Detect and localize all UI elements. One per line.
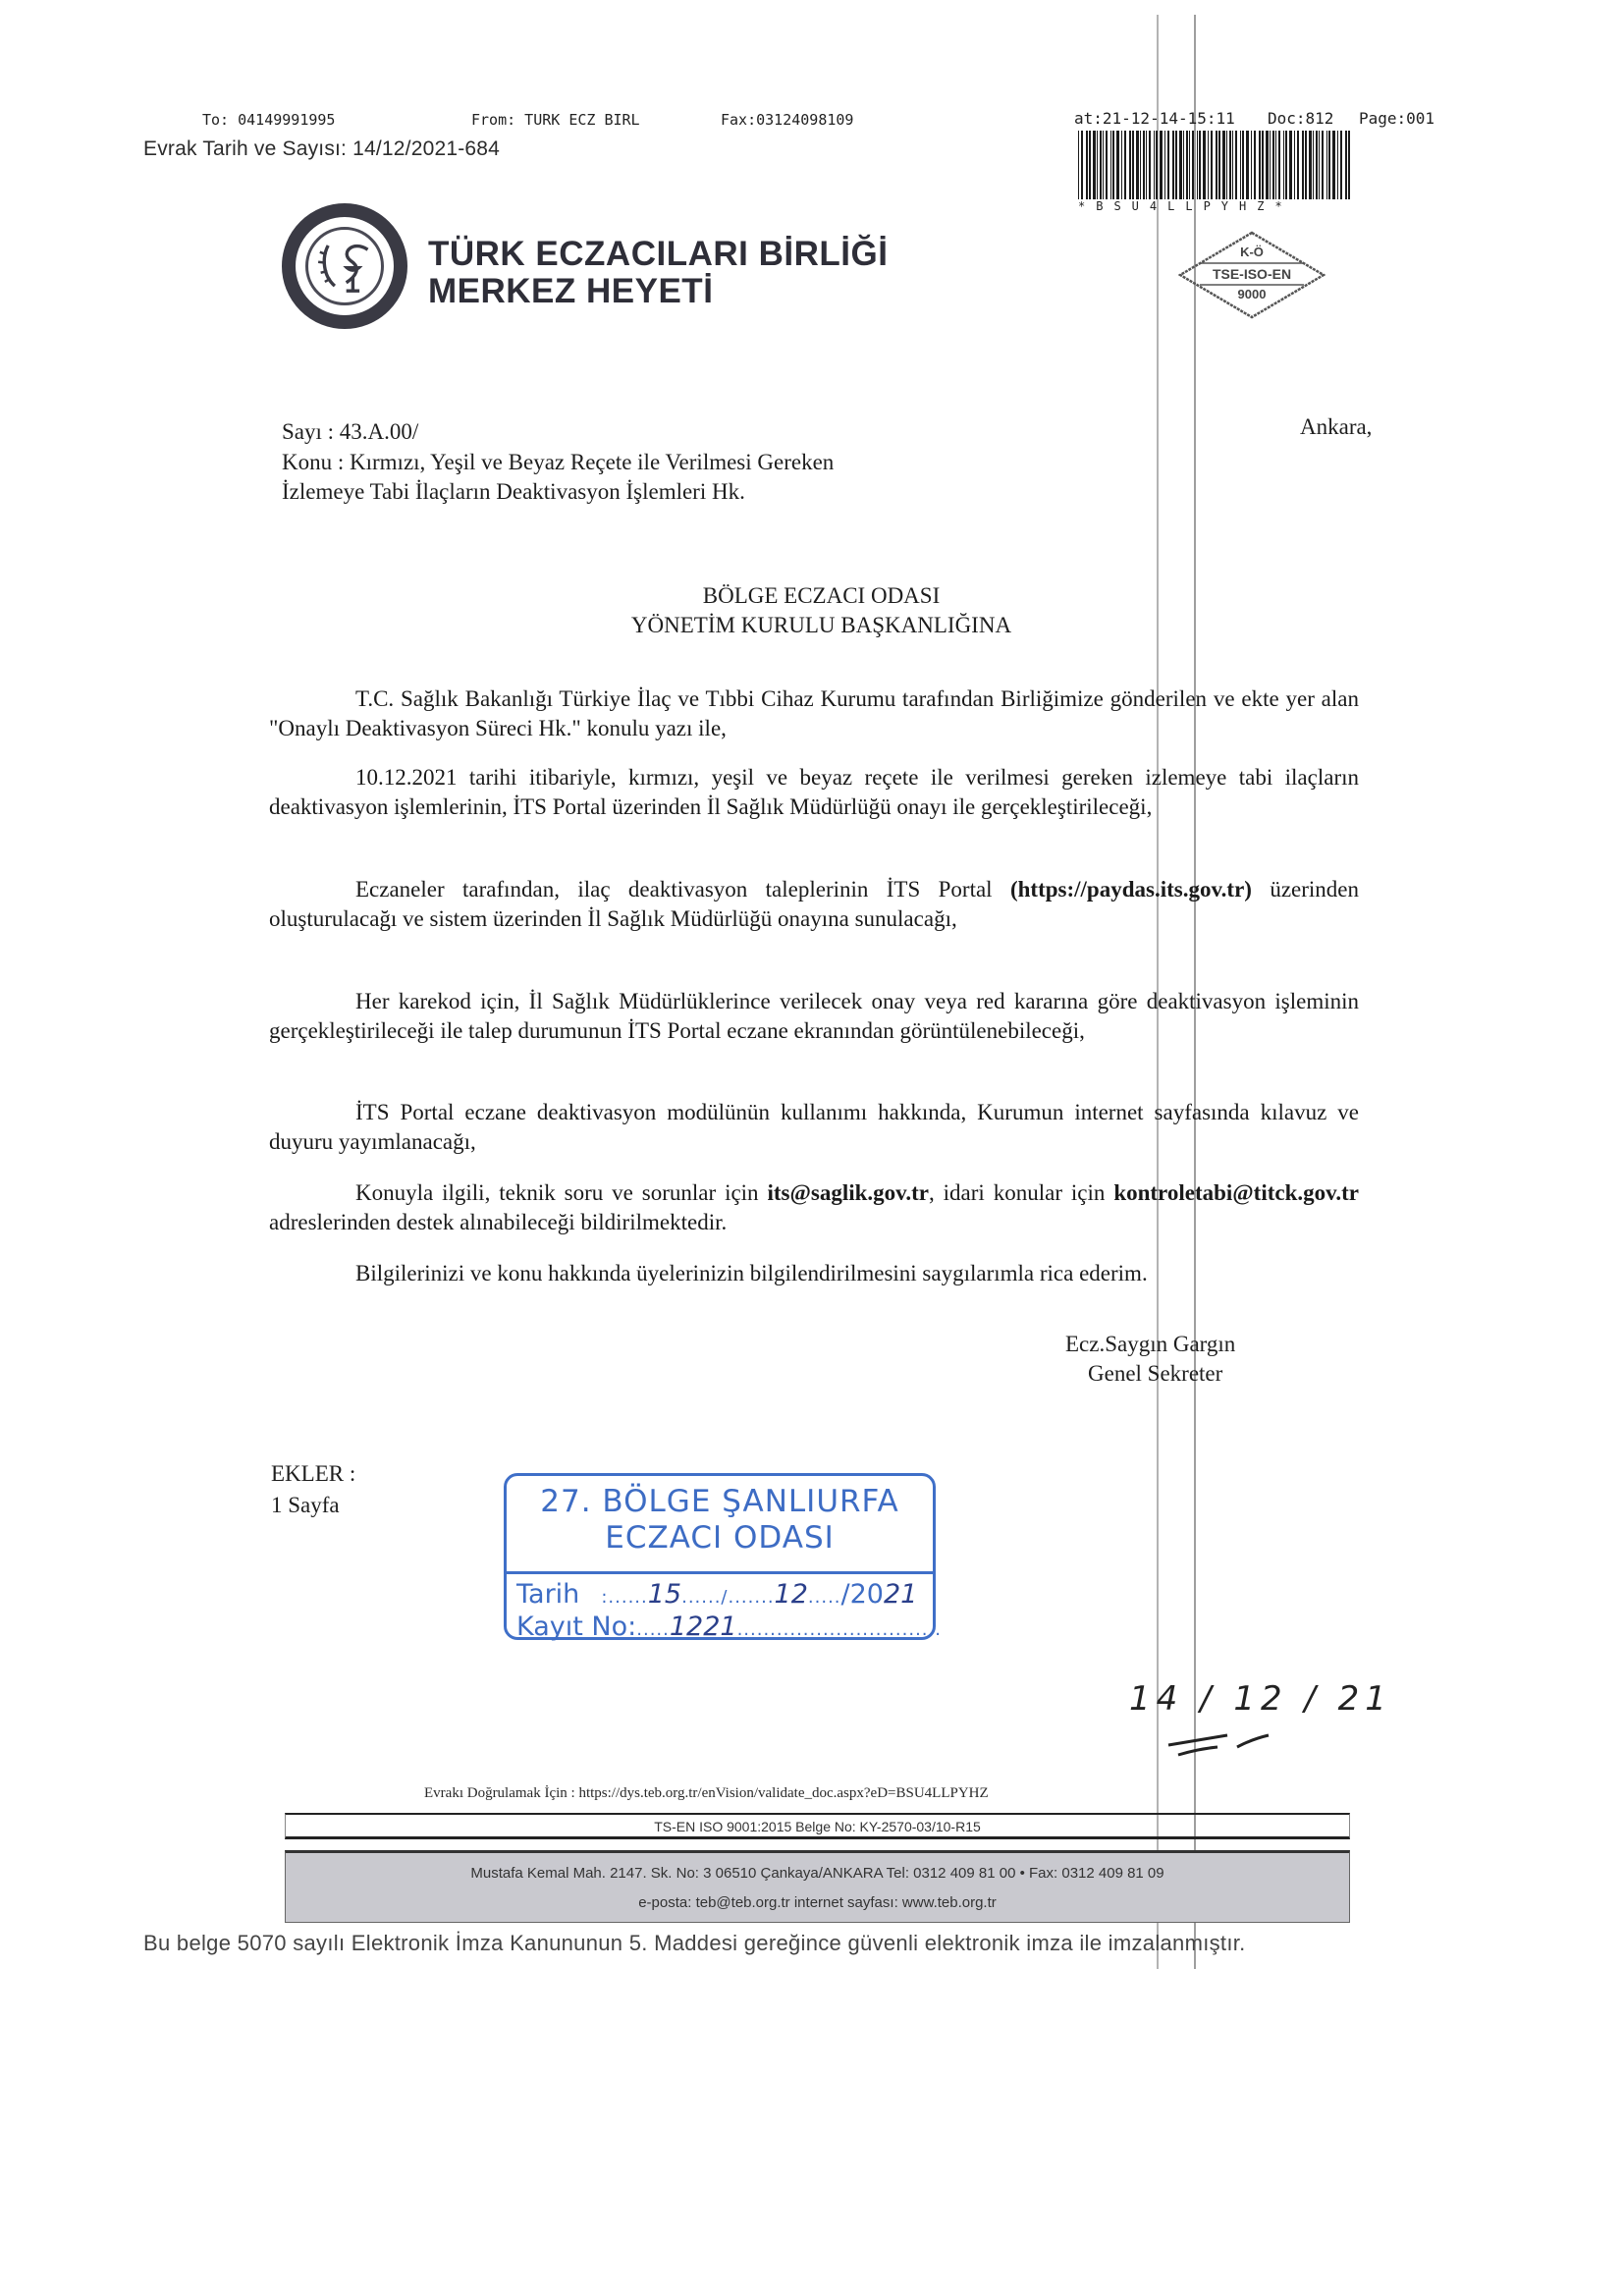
stamp-line-1: 27. BÖLGE ŞANLIURFA (507, 1484, 933, 1520)
portal-link[interactable]: (https://paydas.its.gov.tr) (1010, 877, 1252, 902)
paragraph-text: adreslerinden destek alınabileceği bildi… (269, 1210, 727, 1234)
addressee-line-2: YÖNETİM KURULU BAŞKANLIĞINA (0, 611, 1623, 640)
organization-subname: MERKEZ HEYETİ (428, 273, 713, 310)
stamp-record-row: Kayıt No:.....1221......................… (507, 1613, 933, 1645)
paragraph-text: 10.12.2021 tarihi itibariyle, kırmızı, y… (269, 765, 1359, 819)
stamp-header: 27. BÖLGE ŞANLIURFA ECZACI ODASI (507, 1476, 933, 1574)
paragraph-text: Her karekod için, İl Sağlık Müdürlükleri… (269, 989, 1359, 1043)
iso-line-2: TSE-ISO-EN (1178, 266, 1325, 282)
iso-certificate-bar: TS-EN ISO 9001:2015 Belge No: KY-2570-03… (285, 1813, 1350, 1839)
iso-line-3: 9000 (1178, 287, 1325, 301)
body-paragraph: Eczaneler tarafından, ilaç deaktivasyon … (269, 875, 1359, 934)
document-date-number: Evrak Tarih ve Sayısı: 14/12/2021-684 (143, 137, 500, 161)
paragraph-text: Eczaneler tarafından, ilaç deaktivasyon … (355, 877, 993, 902)
reference-number: Sayı : 43.A.00/ (282, 417, 418, 447)
stamp-date-row: Tarih :......15....../.......12...../202… (507, 1580, 933, 1613)
fax-page: Page:001 (1359, 109, 1434, 128)
subject-line-2: İzlemeye Tabi İlaçların Deaktivasyon İşl… (282, 477, 745, 507)
stamp-date-year-prefix: /20 (841, 1579, 884, 1610)
addressee-line-1: BÖLGE ECZACI ODASI (0, 581, 1623, 611)
stamp-line-2: ECZACI ODASI (507, 1520, 933, 1557)
email-link-its[interactable]: its@saglik.gov.tr (767, 1180, 929, 1205)
stamp-record-number: 1221 (670, 1612, 737, 1642)
stamp-date-day: 15 (648, 1579, 681, 1610)
iso-certification-badge: K-Ö TSE-ISO-EN 9000 (1178, 231, 1325, 319)
paragraph-text: T.C. Sağlık Bakanlığı Türkiye İlaç ve Tı… (269, 686, 1359, 740)
verification-url[interactable]: Evrakı Doğrulamak İçin : https://dys.teb… (424, 1785, 989, 1802)
iso-line-1: K-Ö (1178, 245, 1325, 259)
paragraph-text: Bilgilerinizi ve konu hakkında üyelerini… (355, 1261, 1148, 1285)
received-stamp: 27. BÖLGE ŞANLIURFA ECZACI ODASI Tarih :… (504, 1473, 936, 1640)
stamp-date-year: 21 (884, 1579, 917, 1610)
stamp-record-label: Kayıt No: (516, 1612, 636, 1642)
signatory-title: Genel Sekreter (1088, 1359, 1222, 1389)
handwritten-date: 14 / 12 / 21 (1129, 1679, 1392, 1719)
body-paragraph: Konuyla ilgili, teknik soru ve sorunlar … (269, 1178, 1359, 1237)
address-box: Mustafa Kemal Mah. 2147. Sk. No: 3 06510… (285, 1850, 1350, 1923)
paragraph-text: , idari konular için (929, 1180, 1113, 1205)
email-link-kontroletabi[interactable]: kontroletabi@titck.gov.tr (1113, 1180, 1359, 1205)
subject-line-1: Konu : Kırmızı, Yeşil ve Beyaz Reçete il… (282, 448, 834, 477)
organization-name: TÜRK ECZACILARI BİRLİĞİ (428, 236, 888, 273)
place-label: Ankara, (1300, 412, 1372, 442)
body-paragraph: T.C. Sağlık Bakanlığı Türkiye İlaç ve Tı… (269, 684, 1359, 743)
stamp-date-label: Tarih (516, 1579, 579, 1610)
fax-doc: Doc:812 (1268, 109, 1333, 128)
stamp-date-month: 12 (775, 1579, 808, 1610)
body-paragraph: İTS Portal eczane deaktivasyon modülünün… (269, 1098, 1359, 1157)
body-paragraph: Her karekod için, İl Sağlık Müdürlükleri… (269, 987, 1359, 1046)
org-address: Mustafa Kemal Mah. 2147. Sk. No: 3 06510… (286, 1853, 1349, 1888)
fax-from: From: TURK ECZ BIRL (471, 111, 640, 129)
pharmacy-seal-icon (282, 203, 407, 329)
attachments-label: EKLER : (271, 1459, 355, 1489)
fax-number: Fax:03124098109 (721, 111, 853, 129)
barcode-text: *BSU4LLPYHZ* (1078, 199, 1293, 213)
body-paragraph: Bilgilerinizi ve konu hakkında üyelerini… (269, 1259, 1359, 1288)
body-paragraph: 10.12.2021 tarihi itibariyle, kırmızı, y… (269, 763, 1359, 822)
initials-signature-icon (1159, 1723, 1276, 1763)
fax-to: To: 04149991995 (202, 111, 335, 129)
attachment-item[interactable]: 1 Sayfa (271, 1491, 340, 1520)
signatory-name: Ecz.Saygın Gargın (1065, 1330, 1235, 1359)
electronic-signature-notice: Bu belge 5070 sayılı Elektronik İmza Kan… (143, 1931, 1246, 1956)
org-contact: e-posta: teb@teb.org.tr internet sayfası… (286, 1888, 1349, 1918)
barcode-icon (1078, 131, 1351, 199)
paragraph-text: Konuyla ilgili, teknik soru ve sorunlar … (355, 1180, 767, 1205)
paragraph-text: İTS Portal eczane deaktivasyon modülünün… (269, 1100, 1359, 1154)
fax-timestamp: at:21-12-14-15:11 (1074, 109, 1235, 128)
